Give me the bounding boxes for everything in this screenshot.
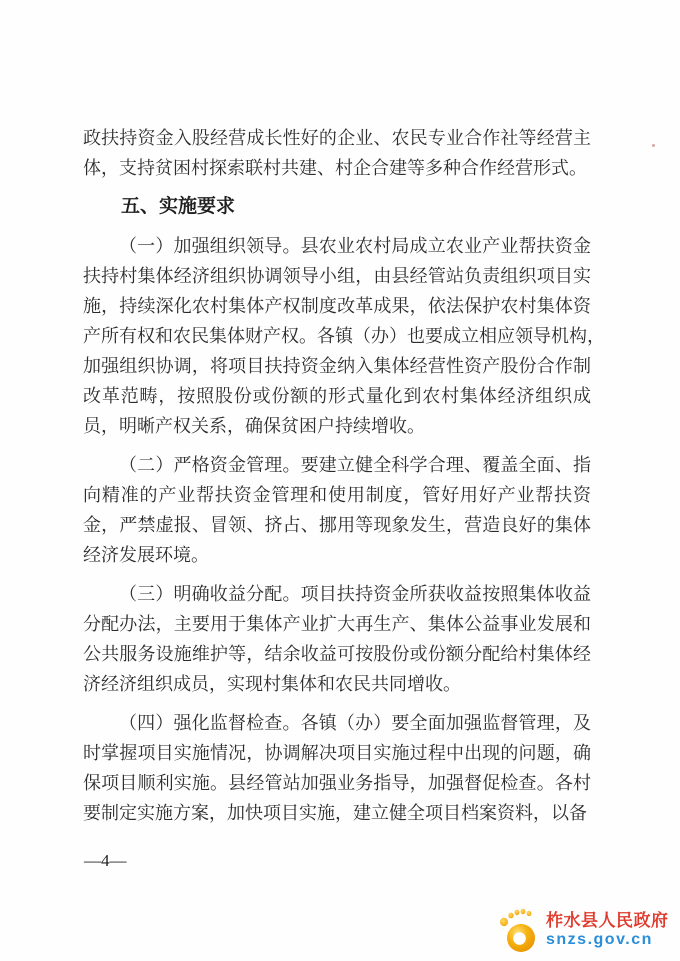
page-number: —4— [84,851,127,871]
text-line: （四）强化监督检查。各镇（办）要全面加强监督管理，及 [83,708,591,738]
text-line: 金，严禁虚报、冒领、挤占、挪用等现象发生，营造良好的集体 [83,510,591,540]
text-line: 体，支持贫困村探索联村共建、村企合建等多种合作经营形式。 [83,153,591,183]
text-line: 施，持续深化农村集体产权制度改革成果，依法保护农村集体资 [83,291,591,321]
scan-speck [652,144,655,147]
text-line: 向精准的产业帮扶资金管理和使用制度，管好用好产业帮扶资 [83,480,591,510]
paragraph: （二）严格资金管理。要建立健全科学合理、覆盖全面、指向精准的产业帮扶资金管理和使… [83,450,591,570]
text-line: （二）严格资金管理。要建立健全科学合理、覆盖全面、指 [83,450,591,480]
text-line: 分配办法，主要用于集体产业扩大再生产、集体公益事业发展和 [83,609,591,639]
paragraph: （三）明确收益分配。项目扶持资金所获收益按照集体收益分配办法，主要用于集体产业扩… [83,579,591,699]
logo-website: snzs.gov.cn [546,931,669,948]
logo-org-name: 柞水县人民政府 [546,912,669,930]
text-line: （三）明确收益分配。项目扶持资金所获收益按照集体收益 [83,579,591,609]
text-line: 时掌握项目实施情况，协调解决项目实施过程中出现的问题，确 [83,738,591,768]
text-line: （一）加强组织领导。县农业农村局成立农业产业帮扶资金 [83,231,591,261]
paragraph: （一）加强组织领导。县农业农村局成立农业产业帮扶资金扶持村集体经济组织协调领导小… [83,231,591,441]
text-line: 保项目顺利实施。县经管站加强业务指导，加强督促检查。各村 [83,768,591,798]
gov-logo-text: 柞水县人民政府 snzs.gov.cn [546,905,669,948]
document-body: 政扶持资金入股经营成长性好的企业、农民专业合作社等经营主体，支持贫困村探索联村共… [83,123,591,828]
gov-logo: 柞水县人民政府 snzs.gov.cn [497,905,669,953]
text-line: 政扶持资金入股经营成长性好的企业、农民专业合作社等经营主 [83,123,591,153]
paragraph: 政扶持资金入股经营成长性好的企业、农民专业合作社等经营主体，支持贫困村探索联村共… [83,123,591,183]
text-line: 扶持村集体经济组织协调领导小组，由县经管站负责组织项目实 [83,261,591,291]
text-line: 五、实施要求 [83,192,591,222]
paragraph: （四）强化监督检查。各镇（办）要全面加强监督管理，及时掌握项目实施情况，协调解决… [83,708,591,828]
text-line: 改革范畴，按照股份或份额的形式量化到农村集体经济组织成 [83,381,591,411]
text-line: 加强组织协调，将项目扶持资金纳入集体经营性资产股份合作制 [83,351,591,381]
text-line: 产所有权和农民集体财产权。各镇（办）也要成立相应领导机构， [83,321,591,351]
scanned-document-page: 政扶持资金入股经营成长性好的企业、农民专业合作社等经营主体，支持贫困村探索联村共… [0,0,680,961]
text-line: 济经济组织成员，实现村集体和农民共同增收。 [83,669,591,699]
text-line: 要制定实施方案，加快项目实施，建立健全项目档案资料，以备 [83,798,591,828]
section-heading: 五、实施要求 [83,192,591,222]
paw-footprint-icon [497,905,539,953]
text-line: 经济发展环境。 [83,540,591,570]
text-line: 员，明晰产权关系，确保贫困户持续增收。 [83,411,591,441]
text-line: 公共服务设施维护等，结余收益可按股份或份额分配给村集体经 [83,639,591,669]
